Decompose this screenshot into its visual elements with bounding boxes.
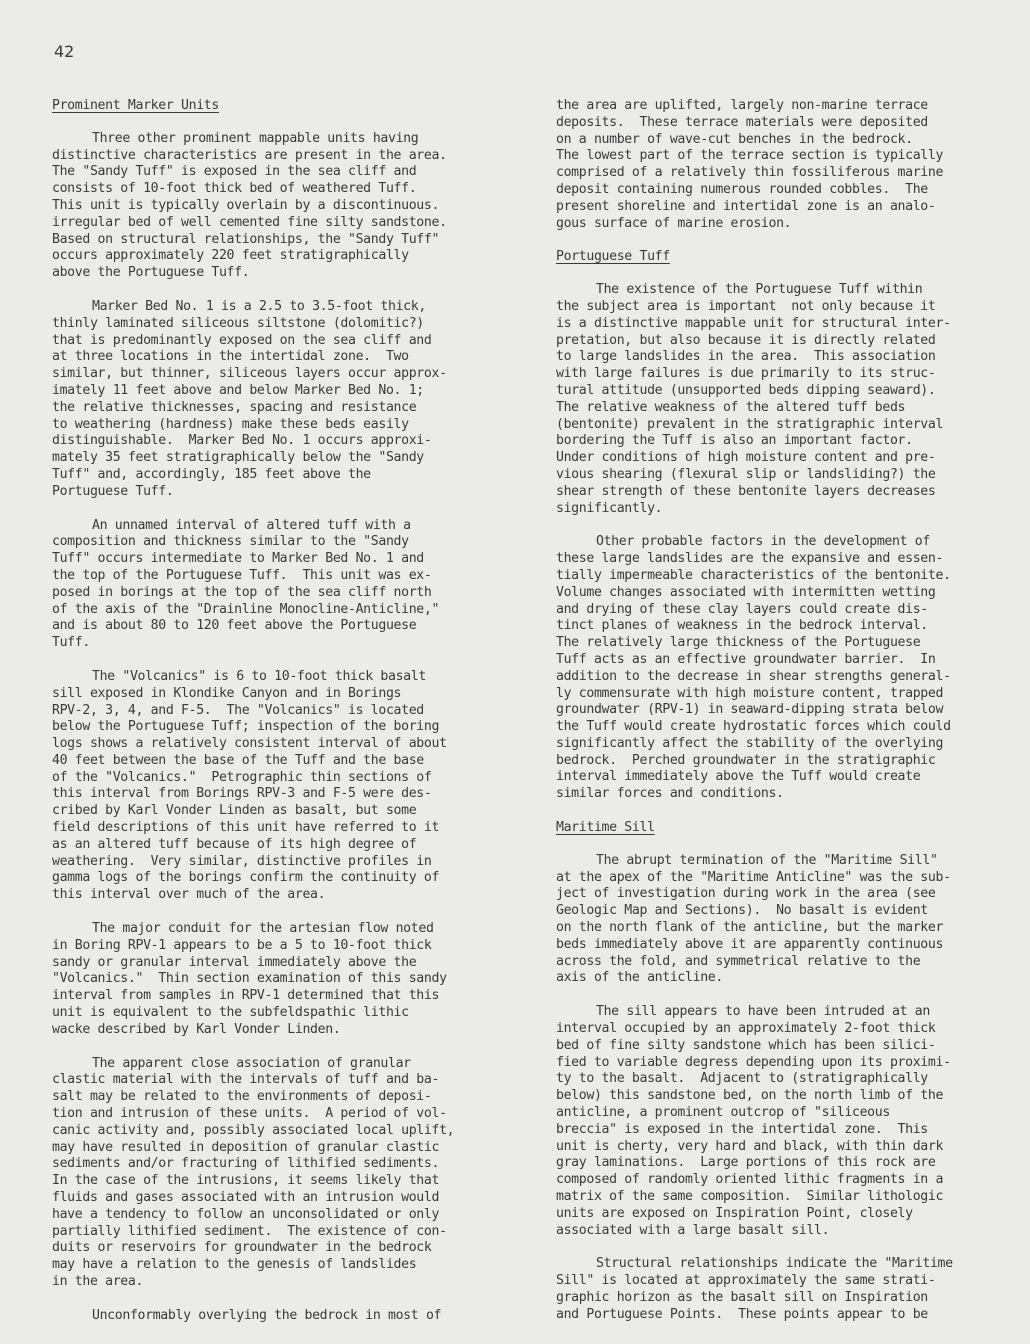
text-line: tially impermeable characteristics of th…	[556, 568, 1006, 585]
text-line: fluids and gases associated with an intr…	[52, 1190, 492, 1207]
paragraph: An unnamed interval of altered tuff with…	[52, 518, 492, 652]
paragraph: Unconformably overlying the bedrock in m…	[52, 1308, 492, 1325]
text-line: bed of fine silty sandstone which has be…	[556, 1038, 1006, 1055]
text-line: Marker Bed No. 1 is a 2.5 to 3.5-foot th…	[52, 299, 492, 316]
text-line: posed in borings at the top of the sea c…	[52, 585, 492, 602]
text-line: wacke described by Karl Vonder Linden.	[52, 1022, 492, 1039]
text-line: of the "Volcanics." Petrographic thin se…	[52, 770, 492, 787]
text-line: to weathering (hardness) make these beds…	[52, 417, 492, 434]
text-line: Tuff.	[52, 635, 492, 652]
text-line: below) this sandstone bed, on the north …	[556, 1088, 1006, 1105]
paragraph: The major conduit for the artesian flow …	[52, 921, 492, 1039]
text-line: clastic material with the intervals of t…	[52, 1072, 492, 1089]
text-line: field descriptions of this unit have ref…	[52, 820, 492, 837]
paragraph: The apparent close association of granul…	[52, 1056, 492, 1291]
text-line: Three other prominent mappable units hav…	[52, 131, 492, 148]
right-column: the area are uplifted, largely non-marin…	[556, 98, 1006, 1341]
text-line: breccia" is exposed in the intertidal zo…	[556, 1122, 1006, 1139]
text-line: gray laminations. Large portions of this…	[556, 1155, 1006, 1172]
paragraph: the area are uplifted, largely non-marin…	[556, 98, 1006, 232]
text-line: ject of investigation during work in the…	[556, 886, 1006, 903]
text-line: The abrupt termination of the "Maritime …	[556, 853, 1006, 870]
text-line: gous surface of marine erosion.	[556, 216, 1006, 233]
text-line: groundwater (RPV-1) in seaward-dipping s…	[556, 702, 1006, 719]
page-number: 42	[54, 42, 74, 61]
text-line: present shoreline and intertidal zone is…	[556, 199, 1006, 216]
text-line: canic activity and, possibly associated …	[52, 1123, 492, 1140]
paragraph: The "Volcanics" is 6 to 10-foot thick ba…	[52, 669, 492, 904]
text-line: The lowest part of the terrace section i…	[556, 148, 1006, 165]
text-line: unit is cherty, very hard and black, wit…	[556, 1139, 1006, 1156]
text-line: ty to the basalt. Adjacent to (stratigra…	[556, 1071, 1006, 1088]
paragraph: The existence of the Portuguese Tuff wit…	[556, 282, 1006, 517]
text-line: Tuff" occurs intermediate to Marker Bed …	[52, 551, 492, 568]
text-line: consists of 10-foot thick bed of weather…	[52, 181, 492, 198]
text-line: in the area.	[52, 1274, 492, 1291]
text-line: 40 feet between the base of the Tuff and…	[52, 753, 492, 770]
text-line: The "Volcanics" is 6 to 10-foot thick ba…	[52, 669, 492, 686]
text-line: Geologic Map and Sections). No basalt is…	[556, 903, 1006, 920]
text-line: composed of randomly oriented lithic fra…	[556, 1172, 1006, 1189]
paragraph: Marker Bed No. 1 is a 2.5 to 3.5-foot th…	[52, 299, 492, 501]
text-line: may have resulted in deposition of granu…	[52, 1140, 492, 1157]
text-line: the Tuff would create hydrostatic forces…	[556, 719, 1006, 736]
text-line: at the apex of the "Maritime Anticline" …	[556, 870, 1006, 887]
text-line: tion and intrusion of these units. A per…	[52, 1106, 492, 1123]
text-line: unit is equivalent to the subfeldspathic…	[52, 1005, 492, 1022]
paragraph: The sill appears to have been intruded a…	[556, 1004, 1006, 1239]
text-line: composition and thickness similar to the…	[52, 534, 492, 551]
text-line: of the axis of the "Drainline Monocline-…	[52, 602, 492, 619]
text-line: Portuguese Tuff.	[52, 484, 492, 501]
text-line: above the Portuguese Tuff.	[52, 265, 492, 282]
section-heading-portuguese-tuff: Portuguese Tuff	[556, 249, 1006, 266]
text-line: with large failures is due primarily to …	[556, 366, 1006, 383]
text-line: addition to the decrease in shear streng…	[556, 669, 1006, 686]
text-line: bedrock. Perched groundwater in the stra…	[556, 753, 1006, 770]
text-line: The sill appears to have been intruded a…	[556, 1004, 1006, 1021]
text-line: The relative weakness of the altered tuf…	[556, 400, 1006, 417]
text-line: Under conditions of high moisture conten…	[556, 450, 1006, 467]
text-line: Volume changes associated with intermitt…	[556, 585, 1006, 602]
text-line: this interval over much of the area.	[52, 887, 492, 904]
text-line: interval occupied by an approximately 2-…	[556, 1021, 1006, 1038]
text-line: The relatively large thickness of the Po…	[556, 635, 1006, 652]
text-line: associated with a large basalt sill.	[556, 1223, 1006, 1240]
text-line: distinctive characteristics are present …	[52, 148, 492, 165]
text-line: to large landslides in the area. This as…	[556, 349, 1006, 366]
paragraph: The abrupt termination of the "Maritime …	[556, 853, 1006, 987]
text-line: The existence of the Portuguese Tuff wit…	[556, 282, 1006, 299]
text-line: "Volcanics." Thin section examination of…	[52, 971, 492, 988]
text-line: and is about 80 to 120 feet above the Po…	[52, 618, 492, 635]
text-line: pretation, but also because it is direct…	[556, 333, 1006, 350]
text-line: deposits. These terrace materials were d…	[556, 115, 1006, 132]
text-line: interval immediately above the Tuff woul…	[556, 769, 1006, 786]
text-line: this interval from Borings RPV-3 and F-5…	[52, 786, 492, 803]
text-line: tural attitude (unsupported beds dipping…	[556, 383, 1006, 400]
text-line: the area are uplifted, largely non-marin…	[556, 98, 1006, 115]
text-line: (bentonite) prevalent in the stratigraph…	[556, 417, 1006, 434]
text-line: vious shearing (flexural slip or landsli…	[556, 467, 1006, 484]
text-line: on the north flank of the anticline, but…	[556, 920, 1006, 937]
text-line: Tuff acts as an effective groundwater ba…	[556, 652, 1006, 669]
text-line: and drying of these clay layers could cr…	[556, 602, 1006, 619]
text-line: the top of the Portuguese Tuff. This uni…	[52, 568, 492, 585]
text-line: The apparent close association of granul…	[52, 1056, 492, 1073]
text-line: cribed by Karl Vonder Linden as basalt, …	[52, 803, 492, 820]
text-line: An unnamed interval of altered tuff with…	[52, 518, 492, 535]
text-line: comprised of a relatively thin fossilife…	[556, 165, 1006, 182]
text-line: and Portuguese Points. These points appe…	[556, 1307, 1006, 1324]
text-line: thinly laminated siliceous siltstone (do…	[52, 316, 492, 333]
text-line: sill exposed in Klondike Canyon and in B…	[52, 686, 492, 703]
section-heading-maritime-sill: Maritime Sill	[556, 820, 1006, 837]
text-line: significantly.	[556, 501, 1006, 518]
text-line: weathering. Very similar, distinctive pr…	[52, 854, 492, 871]
text-line: these large landslides are the expansive…	[556, 551, 1006, 568]
text-line: as an altered tuff because of its high d…	[52, 837, 492, 854]
text-line: on a number of wave-cut benches in the b…	[556, 132, 1006, 149]
text-line: beds immediately above it are apparently…	[556, 937, 1006, 954]
text-line: similar forces and conditions.	[556, 786, 1006, 803]
paragraph: Three other prominent mappable units hav…	[52, 131, 492, 282]
text-line: RPV-2, 3, 4, and F-5. The "Volcanics" is…	[52, 703, 492, 720]
text-line: salt may be related to the environments …	[52, 1089, 492, 1106]
text-line: imately 11 feet above and below Marker B…	[52, 383, 492, 400]
text-line: Structural relationships indicate the "M…	[556, 1256, 1006, 1273]
text-line: occurs approximately 220 feet stratigrap…	[52, 248, 492, 265]
text-line: Based on structural relationships, the "…	[52, 232, 492, 249]
text-line: This unit is typically overlain by a dis…	[52, 198, 492, 215]
text-line: bordering the Tuff is also an important …	[556, 433, 1006, 450]
text-line: anticline, a prominent outcrop of "silic…	[556, 1105, 1006, 1122]
text-line: matrix of the same composition. Similar …	[556, 1189, 1006, 1206]
text-line: sandy or granular interval immediately a…	[52, 955, 492, 972]
text-line: may have a relation to the genesis of la…	[52, 1257, 492, 1274]
text-line: Sill" is located at approximately the sa…	[556, 1273, 1006, 1290]
text-line: across the fold, and symmetrical relativ…	[556, 954, 1006, 971]
text-line: at three locations in the intertidal zon…	[52, 349, 492, 366]
text-line: that is predominantly exposed on the sea…	[52, 333, 492, 350]
text-line: mately 35 feet stratigraphically below t…	[52, 450, 492, 467]
text-line: logs shows a relatively consistent inter…	[52, 736, 492, 753]
section-heading-prominent-marker-units: Prominent Marker Units	[52, 98, 492, 115]
text-line: irregular bed of well cemented fine silt…	[52, 215, 492, 232]
text-line: Tuff" and, accordingly, 185 feet above t…	[52, 467, 492, 484]
text-line: deposit containing numerous rounded cobb…	[556, 182, 1006, 199]
text-line: graphic horizon as the basalt sill on In…	[556, 1290, 1006, 1307]
text-line: gamma logs of the borings confirm the co…	[52, 870, 492, 887]
text-line: shear strength of these bentonite layers…	[556, 484, 1006, 501]
text-line: fied to variable degress depending upon …	[556, 1055, 1006, 1072]
text-line: significantly affect the stability of th…	[556, 736, 1006, 753]
text-line: duits or reservoirs for groundwater in t…	[52, 1240, 492, 1257]
text-line: the relative thicknesses, spacing and re…	[52, 400, 492, 417]
text-line: axis of the anticline.	[556, 970, 1006, 987]
text-line: Other probable factors in the developmen…	[556, 534, 1006, 551]
text-line: interval from samples in RPV-1 determine…	[52, 988, 492, 1005]
text-line: below the Portuguese Tuff; inspection of…	[52, 719, 492, 736]
left-column: Prominent Marker Units Three other promi…	[52, 98, 492, 1342]
text-line: ly commensurate with high moisture conte…	[556, 686, 1006, 703]
paragraph: Structural relationships indicate the "M…	[556, 1256, 1006, 1323]
text-line: in Boring RPV-1 appears to be a 5 to 10-…	[52, 938, 492, 955]
text-line: sediments and/or fracturing of lithified…	[52, 1156, 492, 1173]
text-line: The "Sandy Tuff" is exposed in the sea c…	[52, 164, 492, 181]
text-line: tinct planes of weakness in the bedrock …	[556, 618, 1006, 635]
text-line: the subject area is important not only b…	[556, 299, 1006, 316]
text-line: distinguishable. Marker Bed No. 1 occurs…	[52, 433, 492, 450]
text-line: In the case of the intrusions, it seems …	[52, 1173, 492, 1190]
text-line: units are exposed on Inspiration Point, …	[556, 1206, 1006, 1223]
text-line: have a tendency to follow an unconsolida…	[52, 1207, 492, 1224]
text-line: partially lithified sediment. The existe…	[52, 1224, 492, 1241]
paragraph: Other probable factors in the developmen…	[556, 534, 1006, 803]
text-line: The major conduit for the artesian flow …	[52, 921, 492, 938]
text-line: Unconformably overlying the bedrock in m…	[52, 1308, 492, 1325]
text-line: similar, but thinner, siliceous layers o…	[52, 366, 492, 383]
text-line: is a distinctive mappable unit for struc…	[556, 316, 1006, 333]
